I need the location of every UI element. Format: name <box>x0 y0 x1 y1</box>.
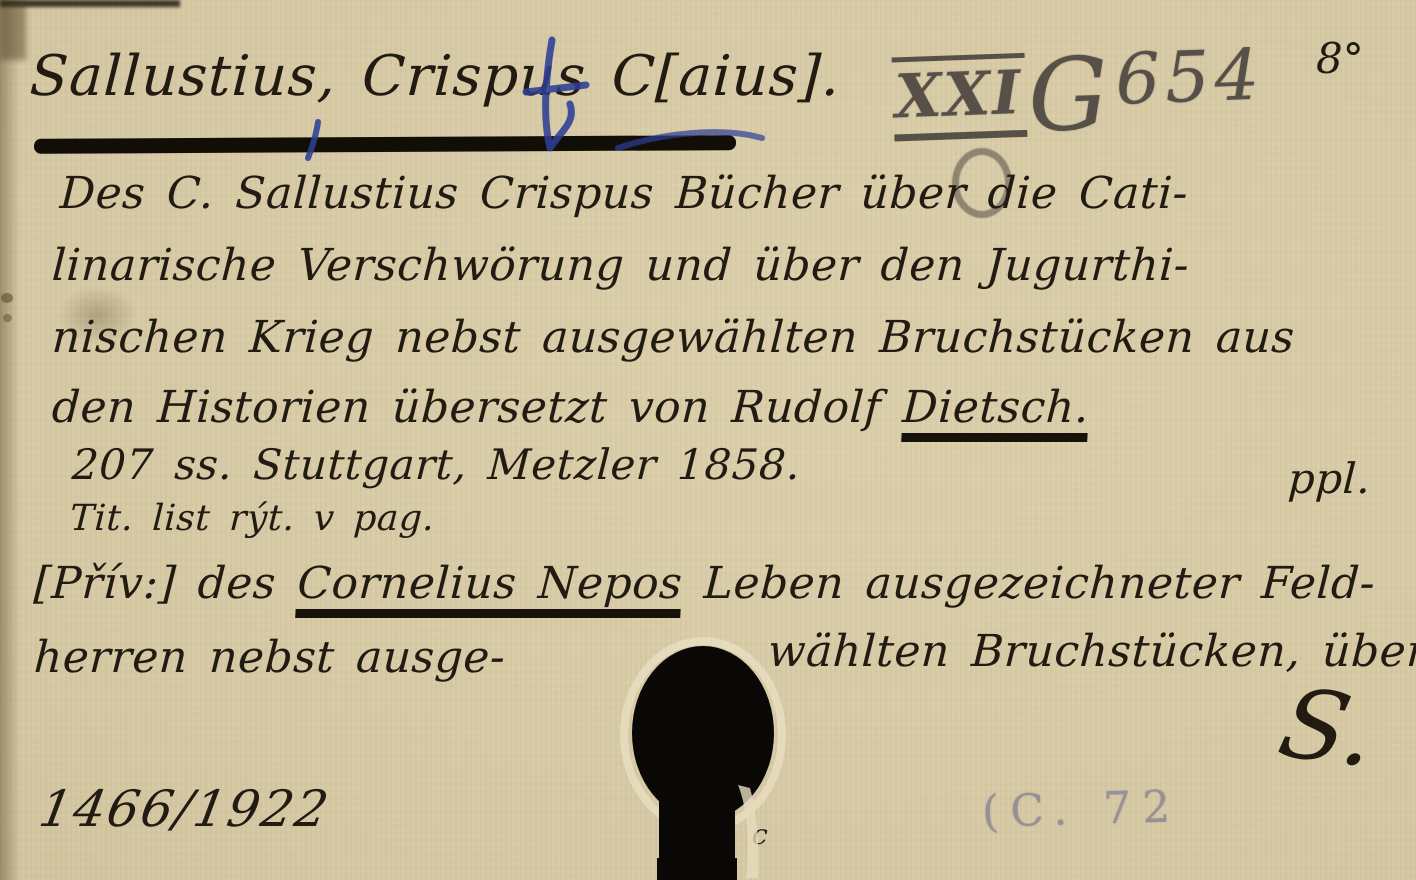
punch-hole <box>600 620 860 880</box>
translator-name-underlined: Dietsch. <box>901 382 1091 442</box>
description-line: Des C. Sallustius Crispus Bücher über di… <box>59 168 1190 219</box>
scan-edge-top <box>0 0 180 7</box>
description-line: nischen Krieg nebst ausgewählten Bruchst… <box>51 312 1296 363</box>
bound-with-line: [Přív:] des Cornelius Nepos Leben ausgez… <box>33 558 1377 609</box>
blue-ink-scribble <box>300 30 800 170</box>
scan-corner-shadow <box>0 0 26 60</box>
imprint-line: 207 ss. Stuttgart, Metzler 1858. <box>71 440 802 489</box>
bound-with-text: [Přív:] des <box>33 558 299 609</box>
library-stamp: (C. 72 <box>981 781 1182 837</box>
catalog-card: Sallustius, Crispus C[aius]. XXIG654 8° … <box>0 0 1416 880</box>
shelfmark: XXIG654 <box>891 30 1267 160</box>
description-line: linarische Verschwörung und über den Jug… <box>51 240 1191 291</box>
collation-note: Tit. list rýt. v pag. <box>69 498 436 539</box>
shelfmark-number: 654 <box>1114 34 1265 121</box>
handwritten-initial-mark: S. <box>1270 667 1388 788</box>
accession-number: 1466/1922 <box>35 780 335 838</box>
bound-with-author-underlined: Cornelius Nepos <box>296 558 684 618</box>
paper-speck <box>1 293 13 303</box>
shelfmark-roman-numeral: XXI <box>892 53 1028 142</box>
format-statement: 8° <box>1316 34 1364 83</box>
binding-note: ppl. <box>1287 454 1372 503</box>
paper-speck <box>3 314 12 322</box>
scan-edge-shadow <box>0 0 20 880</box>
shelfmark-letter: G <box>1026 35 1110 155</box>
description-line: den Historien übersetzt von Rudolf Diets… <box>51 382 1091 433</box>
bound-with-text: Leben ausgezeichneter Feld- <box>681 558 1376 609</box>
bound-with-line: herren nebst ausge- <box>33 632 507 683</box>
description-text: den Historien übersetzt von Rudolf <box>51 382 904 433</box>
